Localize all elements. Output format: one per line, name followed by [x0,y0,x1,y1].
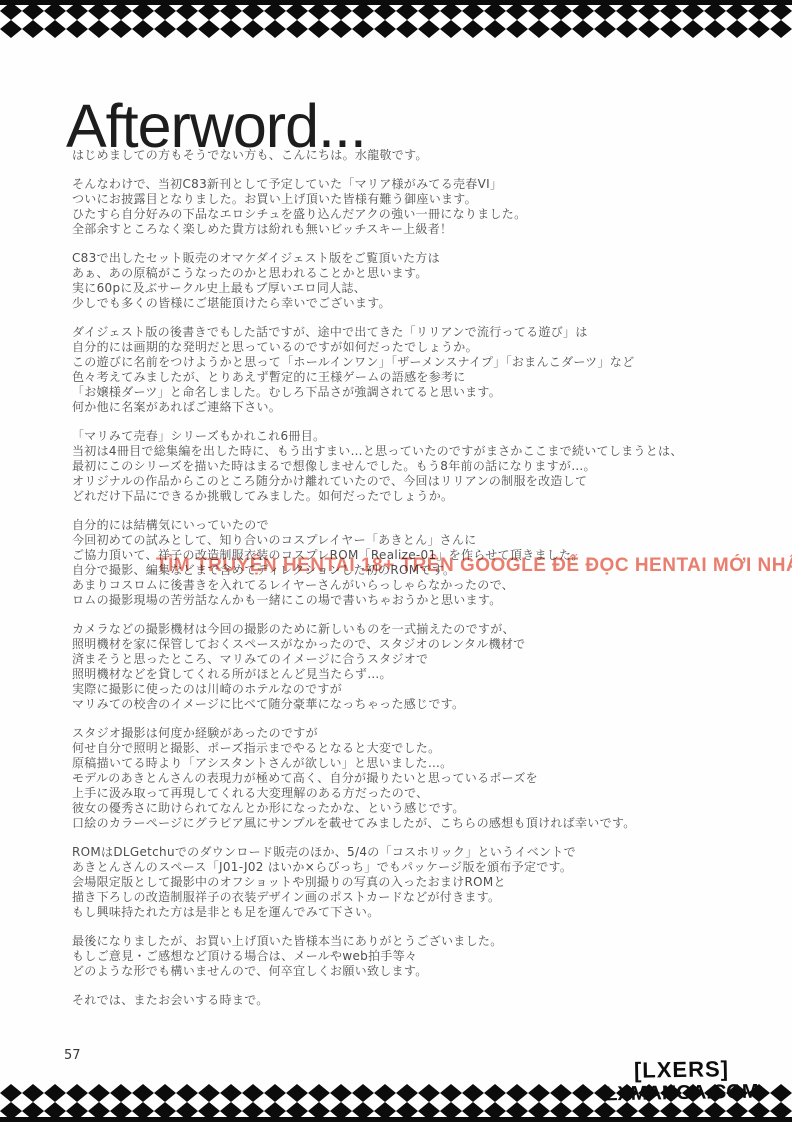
afterword-paragraph: スタジオ撮影は何度か経験があったのですが 何せ自分で照明と撮影、ポーズ指示までや… [72,726,756,831]
vietnamese-watermark: TÌM TRUYỆN HENTAI 18+ TRÊN GOOGLE ĐỂ ĐỌC… [156,555,792,577]
page-number: 57 [64,1048,81,1063]
afterword-paragraph: ROMはDLGetchuでのダウンロード販売のほか、5/4の「コスホリック」とい… [72,845,756,920]
afterword-paragraph: はじめましての方もそうでない方も、こんにちは。水龍敬です。 [72,148,756,163]
afterword-paragraph: そんなわけで、当初C83新刊として予定していた「マリア様がみてる売春VI」 つい… [72,177,756,237]
afterword-paragraph: 「マリみて売春」シリーズもかれこれ6冊目。 当初は4冊目で総集編を出した時に、も… [72,429,756,504]
scanlator-name: [LXERS] [604,1057,758,1084]
afterword-paragraph: それでは、またお会いする時まで。 [72,993,756,1008]
scanlator-site: LXMANGA.COM [605,1081,759,1106]
scanlator-watermark: [LXERS] LXMANGA.COM [604,1057,758,1106]
afterword-paragraph: カメラなどの撮影機材は今回の撮影のために新しいものを一式揃えたのですが、 照明機… [72,622,756,712]
top-diamond-border [0,0,792,38]
afterword-paragraph: C83で出したセット販売のオマケダイジェスト版をご覧頂いた方は あぁ、あの原稿が… [72,251,756,311]
afterword-paragraph: 最後になりましたが、お買い上げ頂いた皆様本当にありがとうございました。 もしご意… [72,934,756,979]
afterword-paragraph: ダイジェスト版の後書きでもした話ですが、途中で出てきた「リリアンで流行ってる遊び… [72,325,756,415]
afterword-text-block: はじめましての方もそうでない方も、こんにちは。水龍敬です。 そんなわけで、当初C… [72,148,756,1022]
